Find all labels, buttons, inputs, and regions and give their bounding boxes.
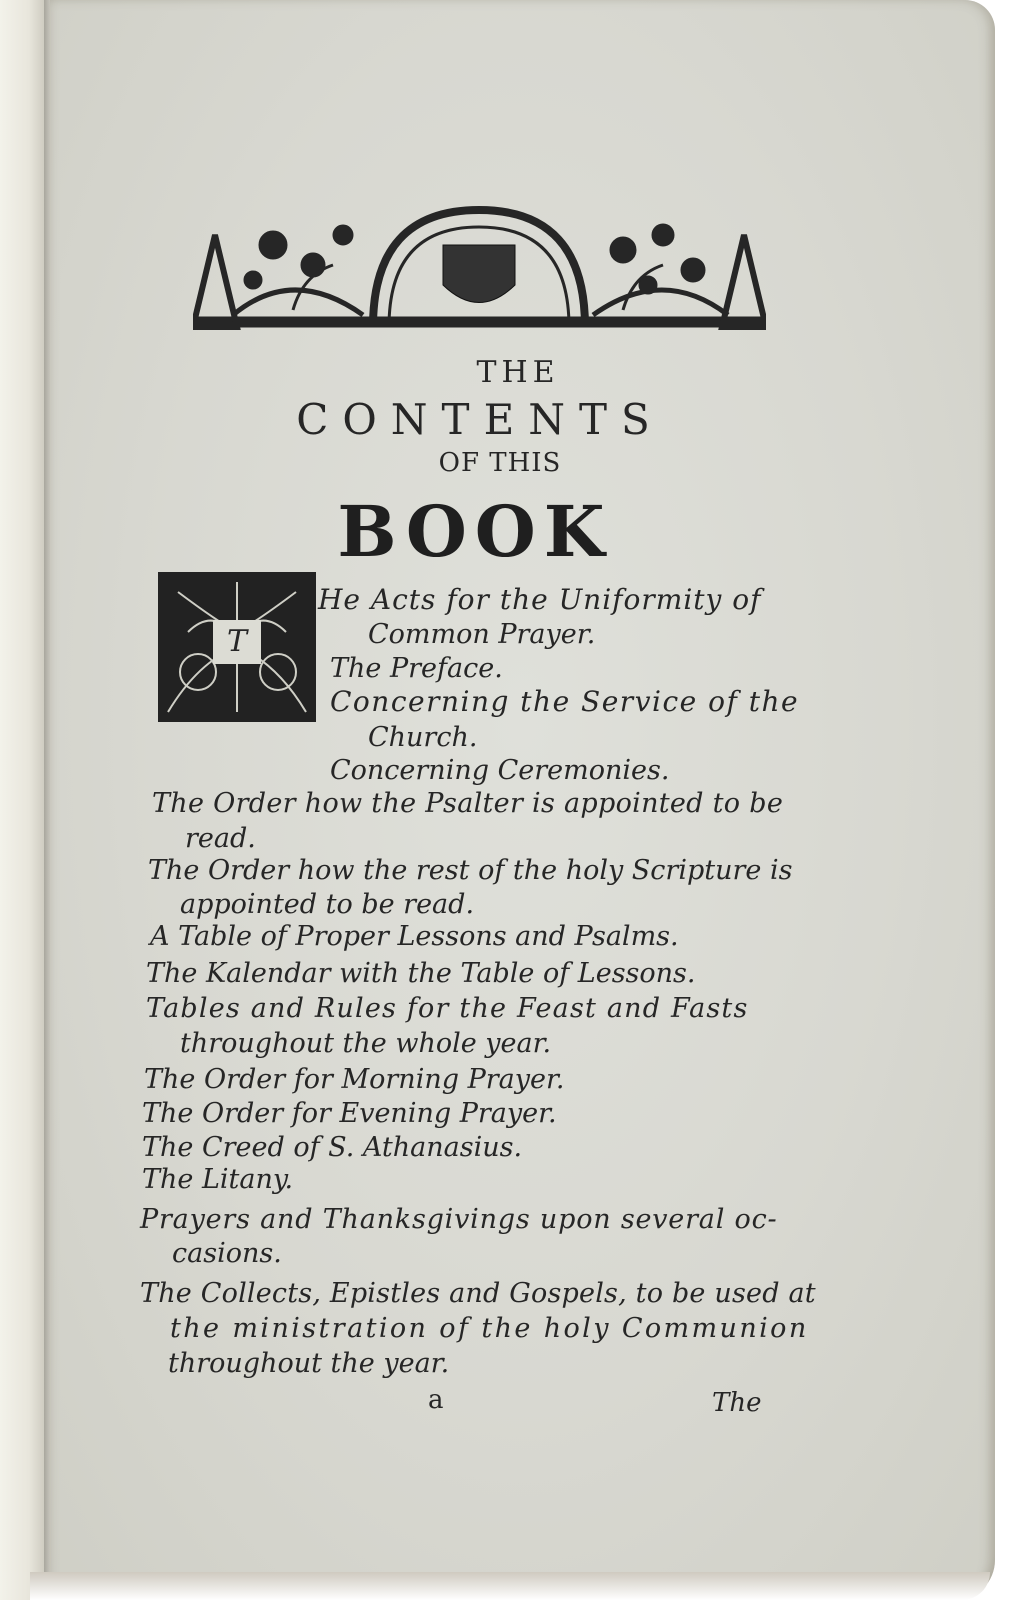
entry-line: The Kalendar with the Table of Lessons.: [146, 960, 696, 987]
entry-line: The Order for Morning Prayer.: [144, 1066, 565, 1093]
initial-letter: T: [213, 624, 261, 659]
entry-line: Tables and Rules for the Feast and Fasts: [146, 995, 749, 1022]
entry-line: Concerning the Service of the: [330, 688, 799, 716]
entry-line: The Creed of S. Athanasius.: [142, 1134, 522, 1161]
facing-page-edge: [0, 0, 48, 1600]
entry-line: Common Prayer.: [368, 621, 595, 648]
entry-line: Church.: [368, 724, 477, 751]
entry-line: throughout the whole year.: [180, 1030, 551, 1057]
entry-line: read.: [185, 825, 256, 852]
title-the: THE: [0, 355, 1036, 390]
entry-line: The Order how the Psalter is appointed t…: [152, 790, 783, 817]
ornamental-headpiece-icon: [193, 205, 766, 330]
entry-line: Prayers and Thanksgivings upon several o…: [140, 1206, 777, 1233]
page-bottom-edge: [30, 1572, 990, 1600]
entry-line: the ministration of the holy Communion: [170, 1315, 809, 1342]
entry-line: casions.: [172, 1240, 282, 1267]
entry-line: The Preface.: [330, 655, 503, 682]
entry-line: He Acts for the Uniformity of: [318, 586, 761, 614]
title-book: BOOK: [0, 490, 950, 573]
entry-line: Concerning Ceremonies.: [330, 757, 669, 784]
entry-line: The Order for Evening Prayer.: [142, 1100, 557, 1127]
entry-line: The Order how the rest of the holy Scrip…: [148, 857, 792, 884]
title-contents: CONTENTS: [0, 395, 960, 444]
signature-mark: a: [428, 1385, 444, 1415]
entry-line: The Collects, Epistles and Gospels, to b…: [140, 1280, 816, 1307]
title-of-this: OF THIS: [0, 448, 1000, 478]
entry-line: A Table of Proper Lessons and Psalms.: [150, 923, 679, 950]
entry-line: throughout the year.: [168, 1350, 449, 1377]
entry-line: The Litany.: [142, 1166, 293, 1193]
entry-line: appointed to be read.: [180, 891, 474, 918]
decorated-initial: T: [158, 572, 316, 722]
catchword: The: [712, 1388, 761, 1418]
